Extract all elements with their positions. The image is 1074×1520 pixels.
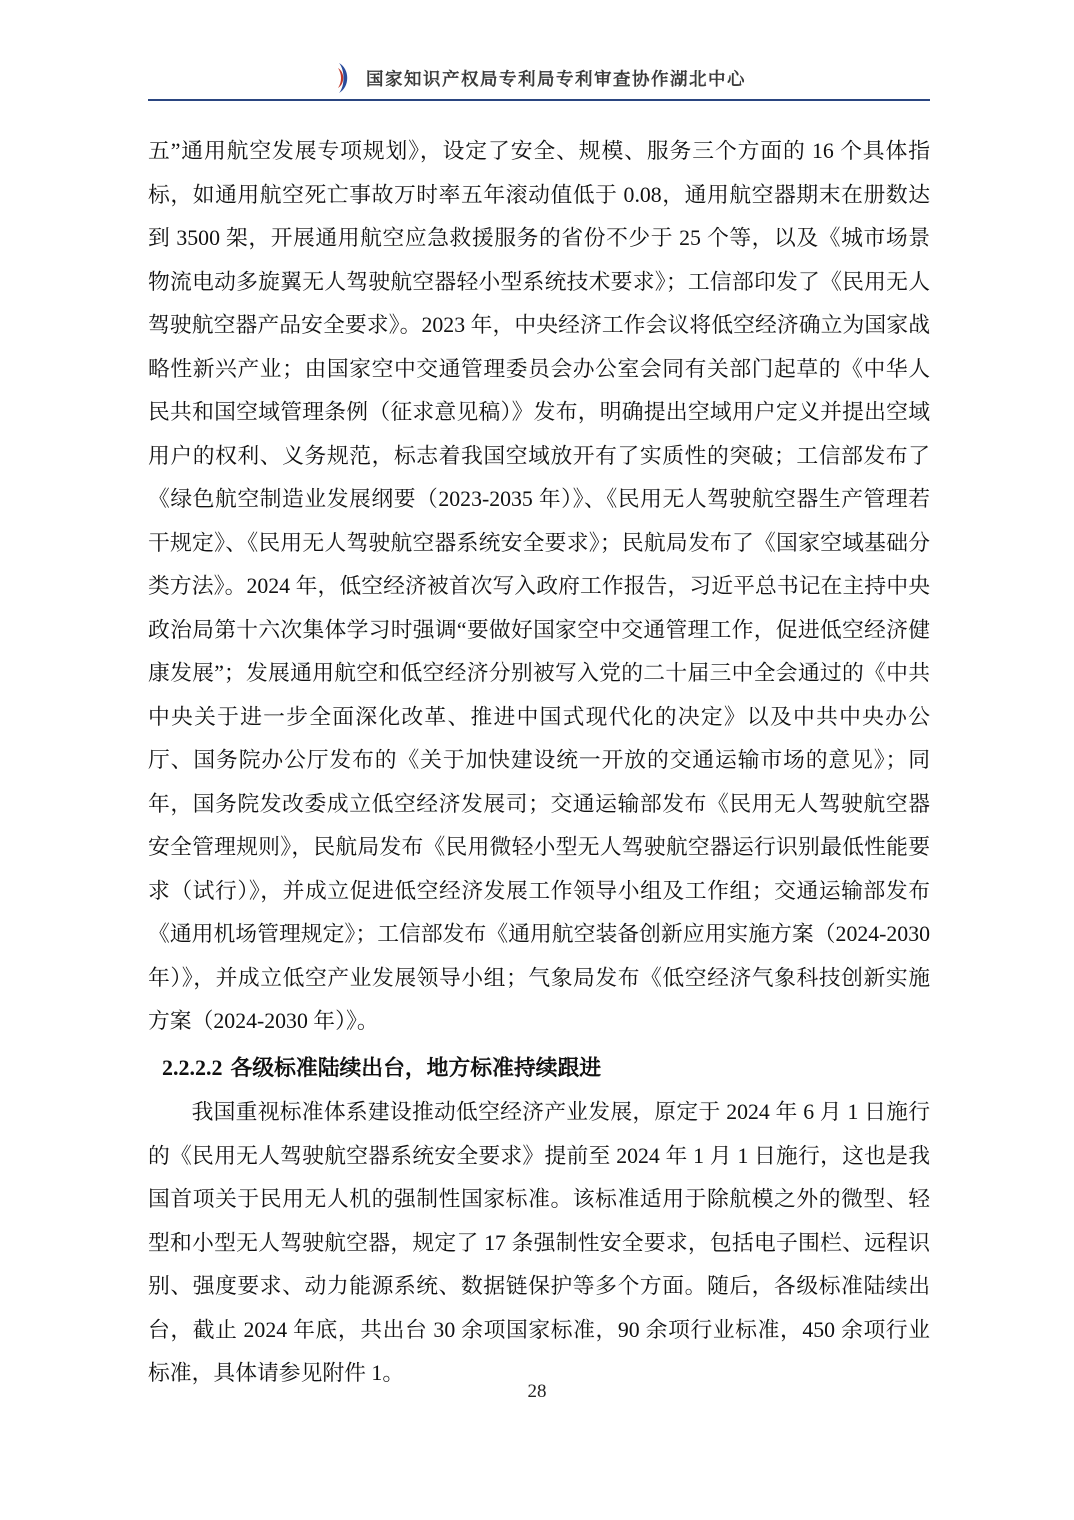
page-footer: 28 xyxy=(0,1381,1074,1403)
page-header: 国家知识产权局专利局专利审查协作湖北中心 xyxy=(148,58,930,98)
section-heading: 2.2.2.2各级标准陆续出台，地方标准持续跟进 xyxy=(148,1046,930,1092)
header-divider xyxy=(148,99,930,101)
cnipa-hubei-center-logo-icon xyxy=(332,62,355,94)
section-heading-text: 各级标准陆续出台，地方标准持续跟进 xyxy=(231,1055,602,1080)
body-paragraph-2: 我国重视标准体系建设推动低空经济产业发展，原定于 2024 年 6 月 1 日施… xyxy=(148,1091,930,1396)
header-title: 国家知识产权局专利局专利审查协作湖北中心 xyxy=(366,66,746,91)
page-number: 28 xyxy=(528,1381,547,1402)
document-body: 五”通用航空发展专项规划》，设定了安全、规模、服务三个方面的 16 个具体指标，… xyxy=(148,130,930,1396)
body-paragraph-1: 五”通用航空发展专项规划》，设定了安全、规模、服务三个方面的 16 个具体指标，… xyxy=(148,130,930,1044)
section-heading-number: 2.2.2.2 xyxy=(162,1055,223,1080)
document-page: 国家知识产权局专利局专利审查协作湖北中心 五”通用航空发展专项规划》，设定了安全… xyxy=(0,0,1074,1520)
